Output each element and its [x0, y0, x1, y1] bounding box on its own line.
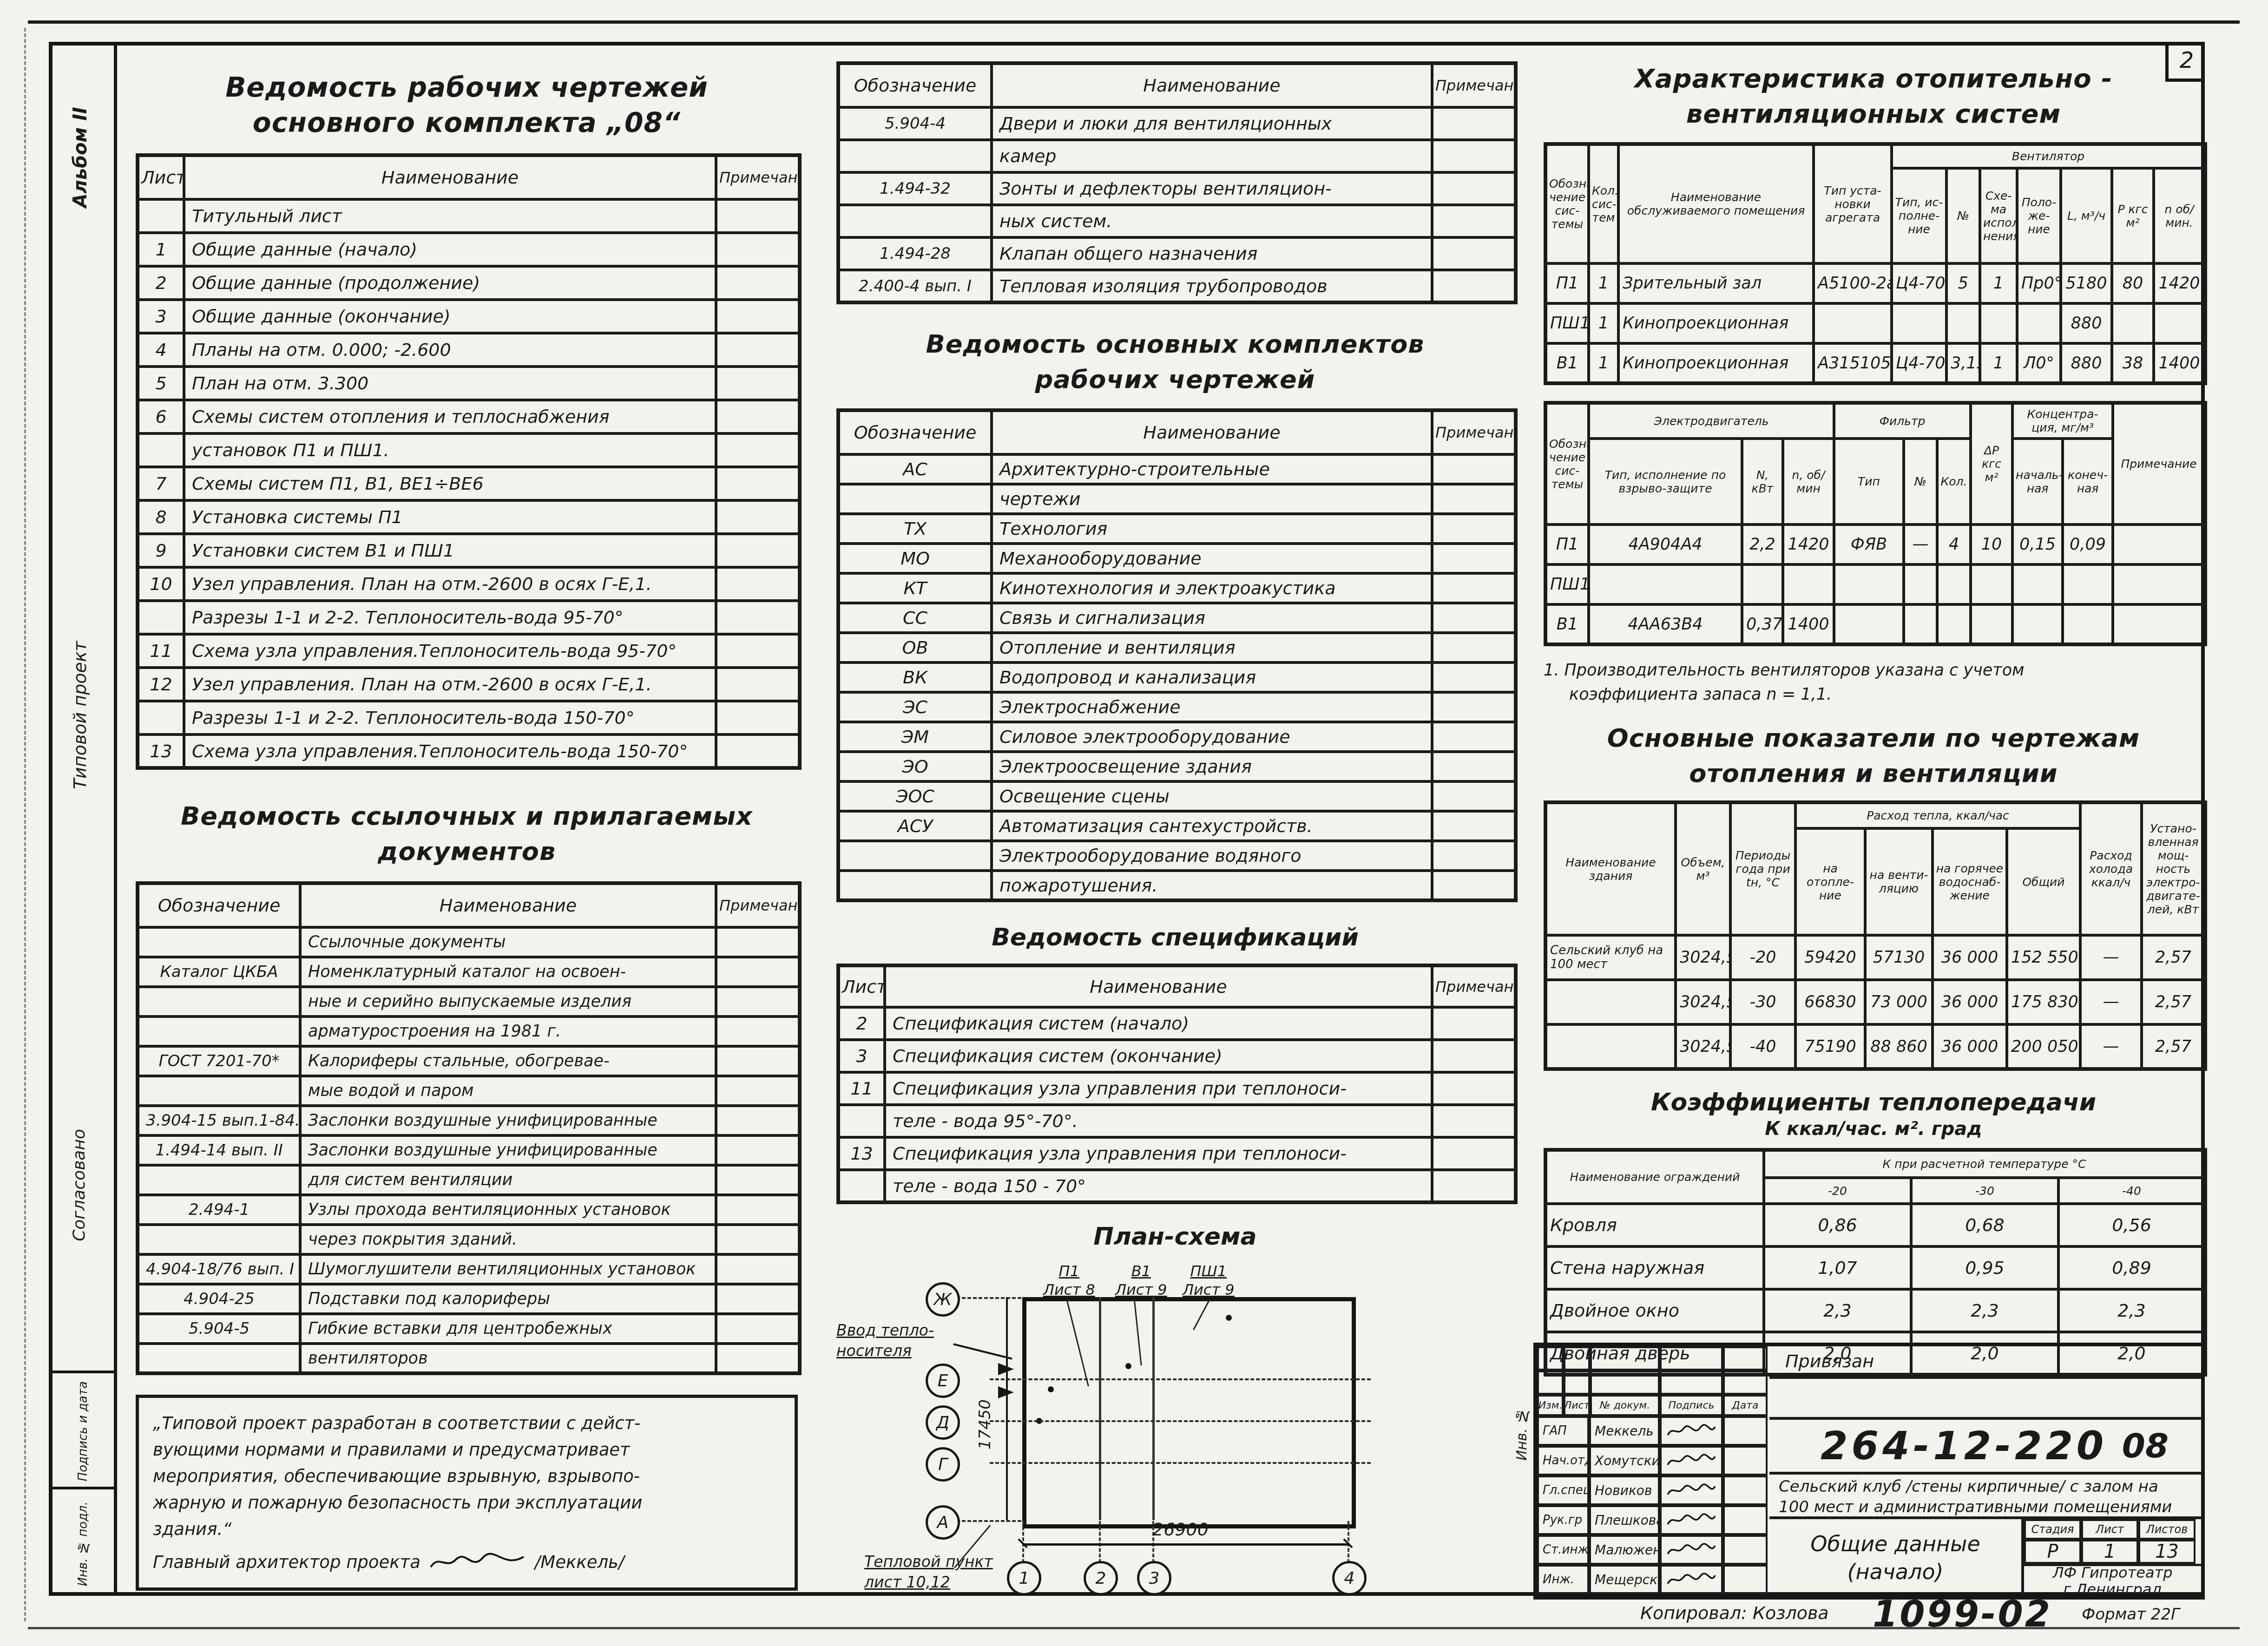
axis-circle: А: [926, 1505, 960, 1540]
signature-scribble: [429, 1552, 526, 1573]
column-left: Ведомость рабочих чертежейосновного комп…: [136, 70, 798, 1591]
axis-circle: 3: [1137, 1561, 1171, 1595]
main-sets-title: Ведомость основных комплектоврабочих чер…: [836, 327, 1514, 397]
title-block: Изм. Лист № докум. Подпись Дата ГАП Мекк…: [1533, 1343, 2205, 1600]
motor-filter-table: Обозна-чение сис-темы Электродвигатель Ф…: [1544, 401, 2207, 646]
project-code-row: 264-12-220 08: [1769, 1420, 2201, 1475]
table-row: 1Общие данные (начало): [138, 233, 800, 266]
table-row: В14АА63В40,371400: [1545, 604, 2205, 644]
table-row: МОМеханооборудование: [838, 544, 1516, 573]
role-date: [1723, 1416, 1768, 1446]
indicators-title: Основные показатели по чертежамотопления…: [1544, 721, 2203, 791]
table-row: 1.494-32Зонты и дефлекторы вентиляцион-: [838, 172, 1516, 205]
revision-header-row: Изм. Лист № докум. Подпись Дата: [1537, 1395, 1769, 1416]
left-margin-dashes: [24, 28, 26, 1621]
table-row: ПШ1: [1545, 564, 2205, 604]
left-strip-divider: [114, 42, 117, 1596]
top-border-line: [28, 20, 2240, 24]
heat-point-label: Тепловой пунктлист 10,12: [864, 1552, 993, 1593]
table-row: 7Схемы систем П1, В1, ВЕ1÷ВЕ6: [138, 467, 800, 500]
role-signature: [1660, 1446, 1723, 1475]
axis-circle: 1: [1007, 1561, 1041, 1595]
table-row: 2.400-4 вып. IТепловая изоляция трубопро…: [838, 270, 1516, 302]
table-row: 3Спецификация систем (окончание): [838, 1040, 1516, 1072]
table-row: теле - вода 150 - 70°: [838, 1170, 1516, 1202]
table-row: 9Установки систем В1 и ПШ1: [138, 534, 800, 567]
table-row: АСУАвтоматизация сантехустройств.: [838, 811, 1516, 841]
role-date: [1723, 1475, 1768, 1505]
axis-circle: Д: [926, 1405, 960, 1440]
title-block-sign-area: Изм. Лист № докум. Подпись Дата ГАП Мекк…: [1537, 1346, 1769, 1596]
table-row: 5.904-4Двери и люки для вентиляционных: [838, 107, 1516, 140]
table-row: через покрытия зданий.: [138, 1225, 800, 1254]
role-label: Инж.: [1537, 1565, 1589, 1594]
side-label-album: Альбом II: [70, 107, 91, 208]
plan-schema-title: План-схема: [836, 1221, 1514, 1253]
column-right: Характеристика отопительно -вентиляционн…: [1544, 61, 2203, 1377]
main-sets-table: Обозначение Наименование Примечание АСАр…: [836, 408, 1518, 902]
table-row: пожаротушения.: [838, 871, 1516, 900]
table-row: Сельский клуб на 100 мест 3024,5-2059420…: [1545, 935, 2205, 980]
register-title: Ведомость рабочих чертежейосновного комп…: [136, 70, 798, 140]
inventory-number: 1099-02: [1873, 1594, 2052, 1635]
axis-circle: Г: [926, 1447, 960, 1482]
dim-line-horizontal: [1022, 1543, 1348, 1546]
specs-table: Лист Наименование Примечание 2Спецификац…: [836, 964, 1518, 1204]
table-row: ПШ11Кинопроекционная 880: [1545, 303, 2205, 343]
table-row: теле - вода 95°-70°.: [838, 1105, 1516, 1137]
indicators-table: Наименование здания Объем, м³ Периоды го…: [1544, 800, 2207, 1071]
vent-title: Характеристика отопительно -вентиляционн…: [1544, 61, 2203, 132]
role-date: [1723, 1565, 1768, 1594]
role-date: [1723, 1446, 1768, 1475]
drawing-sheet: 2 Альбом II Типовой проект Согласовано П…: [0, 0, 2268, 1646]
role-signature: [1660, 1475, 1723, 1505]
vent-systems-table: Обозна-чение сис-темы Кол. сис-тем Наиме…: [1544, 142, 2207, 385]
dim-line-vertical: [1006, 1297, 1008, 1520]
ref-docs-title: Ведомость ссылочных и прилагаемыхдокумен…: [136, 799, 798, 869]
architect-signoff-label: Главный архитектор проекта: [153, 1549, 421, 1575]
plan-system-label: В1Лист 9: [1115, 1262, 1167, 1299]
project-code: 264-12-220: [1821, 1423, 2107, 1469]
table-row: 5.904-5Гибкие вставки для центробежных: [138, 1314, 800, 1344]
architect-name: /Меккель/: [535, 1549, 625, 1575]
table-row: ЭСЭлектроснабжение: [838, 692, 1516, 722]
table-row: 5План на отм. 3.300: [138, 367, 800, 400]
attached-label: Привязан: [1769, 1346, 2201, 1379]
side-box-inv-podl: Инв. № подл.: [52, 1487, 114, 1599]
role-name: Новиков: [1589, 1475, 1660, 1505]
project-note-box: „Типовой проект разработан в соответстви…: [136, 1395, 798, 1591]
table-row: 3024,5-407519088 860 36 000200 050—2,57: [1545, 1024, 2205, 1069]
table-row: 2Спецификация систем (начало): [838, 1007, 1516, 1040]
role-name: Хомутский: [1589, 1446, 1660, 1475]
table-row: Ссылочные документы: [138, 927, 800, 957]
specs-title: Ведомость спецификаций: [836, 922, 1514, 953]
table-row: Двойное окно 2,32,32,3: [1545, 1289, 2205, 1332]
signature-scribble: [1666, 1571, 1717, 1588]
axis-line-zh: [956, 1297, 1021, 1299]
table-row: для систем вентиляции: [138, 1165, 800, 1195]
table-row: 3.904-15 вып.1-84. IЗаслонки воздушные у…: [138, 1106, 800, 1135]
role-label: Нач.отд.: [1537, 1446, 1589, 1475]
table-row: 3024,5-306683073 000 36 000175 830—2,57: [1545, 980, 2205, 1024]
format-note: Формат 22Г: [2082, 1605, 2180, 1624]
table-row: СССвязь и сигнализация: [838, 603, 1516, 633]
role-name: Малюженец: [1589, 1535, 1660, 1565]
plan-schema-drawing: П1Лист 8 В1Лист 9 ПШ1Лист 9 Ж Е: [836, 1265, 1514, 1590]
axis-circle: 2: [1084, 1561, 1118, 1595]
dim-width: 26900: [1152, 1519, 1209, 1540]
signature-scribble: [1666, 1482, 1717, 1499]
title-block-main-area: Привязан 264-12-220 08 Сельский клуб /ст…: [1769, 1346, 2201, 1596]
table-row: 6Схемы систем отопления и теплоснабжения: [138, 400, 800, 433]
plan-system-label: ПШ1Лист 9: [1183, 1262, 1235, 1299]
table-row: ЭОСОсвещение сцены: [838, 781, 1516, 811]
axis-line-d: [990, 1420, 1371, 1422]
signature-scribble: [1666, 1511, 1717, 1529]
table-row: мые водой и паром: [138, 1076, 800, 1106]
table-row: установок П1 и ПШ1.: [138, 433, 800, 467]
ref-docs-table: Обозначение Наименование Примечание Ссыл…: [136, 881, 802, 1375]
table-row: 1.494-14 вып. IIЗаслонки воздушные унифи…: [138, 1135, 800, 1165]
column-middle: Обозначение Наименование Примечание 5.90…: [836, 61, 1514, 1590]
signature-scribble: [1666, 1541, 1717, 1559]
object-name: Сельский клуб /стены кирпичные/ с залом …: [1769, 1475, 2201, 1519]
set-code: 08: [2122, 1426, 2169, 1465]
table-row: ЭМСиловое электрооборудование: [838, 722, 1516, 752]
table-row: Каталог ЦКБАНоменклатурный каталог на ос…: [138, 957, 800, 987]
axis-line-g: [990, 1462, 1371, 1464]
copied-by: Копировал: Козлова: [1640, 1603, 1829, 1623]
table-row: арматуростроения на 1981 г.: [138, 1016, 800, 1046]
roles-grid: ГАП Меккель Нач.отд. Хомутский Гл.спец.: [1537, 1416, 1769, 1594]
role-name: Плешкова: [1589, 1505, 1660, 1535]
dim-height: 17450: [976, 1399, 994, 1449]
organization: ЛФ Гипротеатрг.Ленинград: [2024, 1566, 2201, 1596]
role-label: Рук.гр: [1537, 1505, 1589, 1535]
attached-docs-table: Обозначение Наименование Примечание 5.90…: [836, 61, 1518, 304]
heat-inlet-label: Ввод тепло-носителя: [836, 1320, 971, 1361]
table-row: Разрезы 1-1 и 2-2. Теплоноситель-вода 15…: [138, 701, 800, 734]
signature-scribble: [1666, 1452, 1717, 1469]
empty-row: [1769, 1379, 2201, 1420]
table-row: 3Общие данные (окончание): [138, 300, 800, 333]
role-label: ГАП: [1537, 1416, 1589, 1446]
table-row: ЭОЭлектроосвещение здания: [838, 752, 1516, 781]
grid-line-vertical: [1152, 1297, 1155, 1520]
table-row: 2Общие данные (продолжение): [138, 266, 800, 300]
side-box-sign-date: Подпись и дата: [52, 1371, 114, 1489]
table-row: вентиляторов: [138, 1344, 800, 1373]
plan-system-label: П1Лист 8: [1043, 1262, 1095, 1299]
table-row: П14А904А42,21420 ФЯВ—410 0,150,09: [1545, 525, 2205, 564]
table-row: 1.494-28Клапан общего назначения: [838, 237, 1516, 270]
grid-line-vertical: [1099, 1297, 1101, 1520]
table-row: ТХТехнология: [838, 514, 1516, 544]
role-name: Мещерская: [1589, 1565, 1660, 1594]
role-signature: [1660, 1535, 1723, 1565]
axis-line-a: [956, 1520, 1021, 1522]
table-row: 2.494-1Узлы прохода вентиляционных устан…: [138, 1195, 800, 1225]
table-row: 11Схема узла управления.Теплоноситель-во…: [138, 634, 800, 668]
guide-line: [1099, 1521, 1101, 1563]
table-row: КТКинотехнология и электроакустика: [838, 573, 1516, 603]
stage-org-cell: Стадия Лист Листов Р 1 13 ЛФ Гипротеатрг…: [2024, 1519, 2201, 1596]
table-row: ГОСТ 7201-70*Калориферы стальные, обогре…: [138, 1046, 800, 1076]
axis-circle: 4: [1332, 1561, 1367, 1595]
table-row: 11Спецификация узла управления при тепло…: [838, 1072, 1516, 1105]
table-row: В11Кинопроекционная А315105-1Ц4-703,151 …: [1545, 343, 2205, 383]
table-row: ных систем.: [838, 205, 1516, 237]
role-signature: [1660, 1505, 1723, 1535]
revision-grid: [1537, 1346, 1769, 1395]
heat-transfer-subtitle: К ккал/час. м². град: [1544, 1118, 2203, 1140]
table-row: 10Узел управления. План на отм.-2600 в о…: [138, 567, 800, 601]
role-signature: [1660, 1565, 1723, 1594]
table-row: чертежи: [838, 484, 1516, 514]
signature-scribble: [1666, 1422, 1717, 1440]
axis-circle: Ж: [926, 1282, 960, 1317]
inv-number-label: Инв. №: [1514, 1408, 1530, 1461]
table-row: 13Схема узла управления.Теплоноситель-во…: [138, 734, 800, 768]
role-signature: [1660, 1416, 1723, 1446]
table-row: 4.904-25Подставки под калориферы: [138, 1284, 800, 1314]
table-row: ВКВодопровод и канализация: [838, 662, 1516, 692]
table-row: ОВОтопление и вентиляция: [838, 633, 1516, 662]
side-label-agreed: Согласовано: [70, 1129, 89, 1241]
role-label: Ст.инж.: [1537, 1535, 1589, 1565]
table-row: 13Спецификация узла управления при тепло…: [838, 1137, 1516, 1170]
table-row: Разрезы 1-1 и 2-2. Теплоноситель-вода 95…: [138, 601, 800, 634]
building-outline: [1022, 1297, 1356, 1528]
table-row: 12Узел управления. План на отм.-2600 в о…: [138, 668, 800, 701]
fan-note: 1. Производительность вентиляторов указа…: [1544, 658, 2203, 707]
table-row: камер: [838, 140, 1516, 172]
axis-line-e: [990, 1378, 1371, 1380]
table-row: Кровля 0,860,680,56: [1545, 1204, 2205, 1246]
axis-circle: Е: [926, 1364, 960, 1398]
table-row: П11Зрительный зал А5100-2аЦ4-7051 Пр0°51…: [1545, 263, 2205, 303]
table-row: Стена наружная 1,070,950,89: [1545, 1246, 2205, 1289]
role-date: [1723, 1535, 1768, 1565]
sheet-name-cell: Общие данные(начало): [1769, 1519, 2024, 1596]
table-row: 8Установка системы П1: [138, 500, 800, 534]
role-date: [1723, 1505, 1768, 1535]
table-row: АСАрхитектурно-строительные: [838, 454, 1516, 484]
table-row: 4.904-18/76 вып. IШумоглушители вентиляц…: [138, 1254, 800, 1284]
table-row: 4Планы на отм. 0.000; -2.600: [138, 333, 800, 367]
heat-transfer-title: Коэффициенты теплопередачи: [1544, 1087, 2203, 1118]
role-name: Меккель: [1589, 1416, 1660, 1446]
table-row: Титульный лист: [138, 199, 800, 233]
side-label-project: Типовой проект: [70, 641, 90, 789]
table-row: ные и серийно выпускаемые изделия: [138, 987, 800, 1016]
table-row: Электрооборудование водяного: [838, 841, 1516, 871]
register-table: Лист Наименование Примечание Титульный л…: [136, 153, 802, 770]
bottom-row: Общие данные(начало) Стадия Лист Листов …: [1769, 1519, 2201, 1596]
role-label: Гл.спец.: [1537, 1475, 1589, 1505]
